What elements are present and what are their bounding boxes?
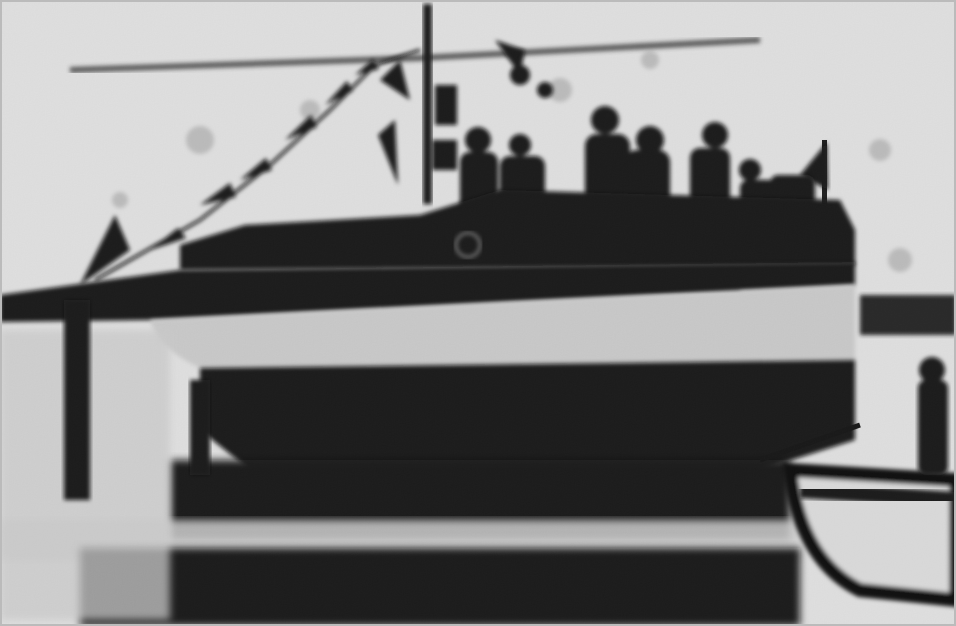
photo-scene <box>0 0 956 626</box>
photograph: Grainy black-and-white halftone photogra… <box>0 0 956 626</box>
grain-overlay <box>0 0 956 626</box>
